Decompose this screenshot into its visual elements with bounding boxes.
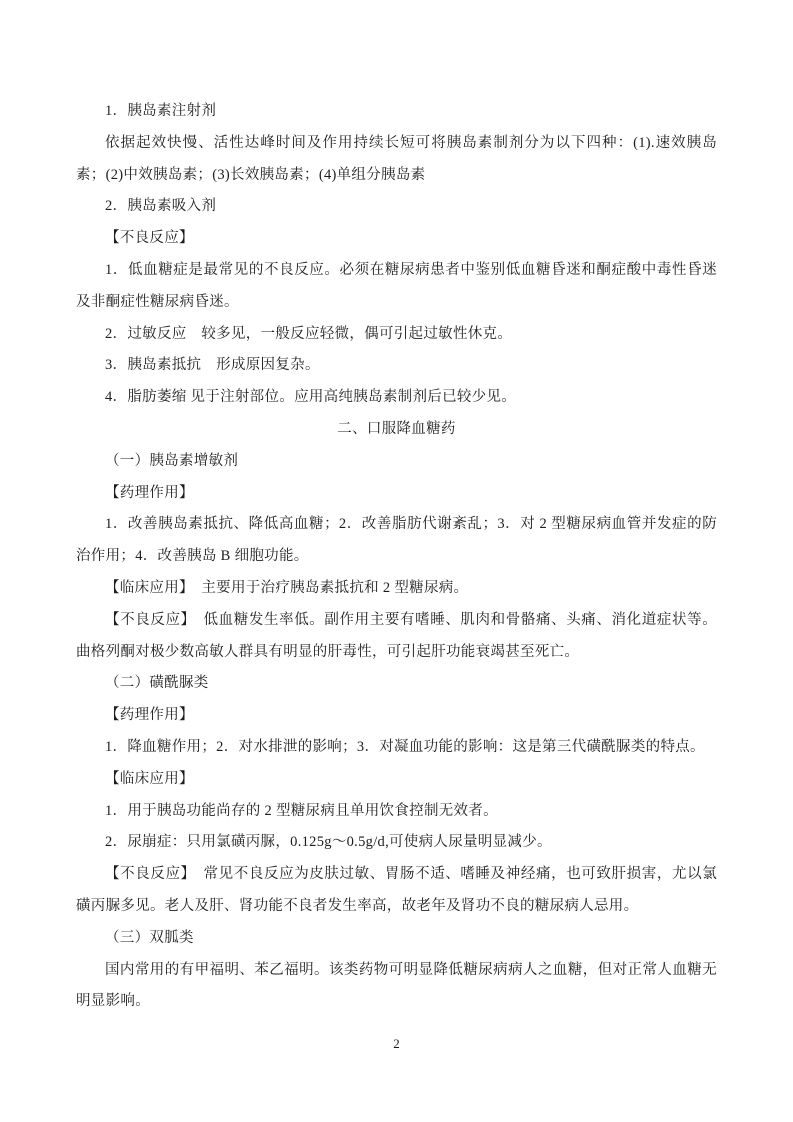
paragraph: 3．胰岛素抵抗 形成原因复杂。	[76, 350, 717, 382]
paragraph: 1．胰岛素注射剂	[76, 96, 717, 128]
paragraph: （三）双胍类	[76, 923, 717, 955]
paragraph: 【临床应用】 主要用于治疗胰岛素抵抗和 2 型糖尿病。	[76, 573, 717, 605]
paragraph: 依据起效快慢、活性达峰时间及作用持续长短可将胰岛素制剂分为以下四种：(1).速效…	[76, 128, 717, 192]
document-text-column: 1．胰岛素注射剂 依据起效快慢、活性达峰时间及作用持续长短可将胰岛素制剂分为以下…	[76, 96, 717, 1018]
paragraph: 【不良反应】 常见不良反应为皮肤过敏、胃肠不适、嗜睡及神经痛，也可致肝损害，尤以…	[76, 859, 717, 923]
paragraph: 【临床应用】	[76, 764, 717, 796]
page-number: 2	[0, 1034, 793, 1054]
paragraph: （二）磺酰脲类	[76, 668, 717, 700]
paragraph: 【不良反应】 低血糖发生率低。副作用主要有嗜睡、肌肉和骨骼痛、头痛、消化道症状等…	[76, 605, 717, 669]
paragraph: （一）胰岛素增敏剂	[76, 446, 717, 478]
paragraph: 2．尿崩症：只用氯磺丙脲，0.125g～0.5g/d,可使病人尿量明显减少。	[76, 827, 717, 859]
paragraph: 【药理作用】	[76, 478, 717, 510]
paragraph: 【药理作用】	[76, 700, 717, 732]
document-page: 1．胰岛素注射剂 依据起效快慢、活性达峰时间及作用持续长短可将胰岛素制剂分为以下…	[0, 0, 793, 1122]
paragraph: 国内常用的有甲福明、苯乙福明。该类药物可明显降低糖尿病病人之血糖，但对正常人血糖…	[76, 955, 717, 1019]
paragraph: 【不良反应】	[76, 223, 717, 255]
paragraph: 1．改善胰岛素抵抗、降低高血糖；2．改善脂肪代谢紊乱；3．对 2 型糖尿病血管并…	[76, 509, 717, 573]
paragraph: 1．低血糖症是最常见的不良反应。必须在糖尿病患者中鉴别低血糖昏迷和酮症酸中毒性昏…	[76, 255, 717, 319]
section-heading: 二、口服降血糖药	[76, 414, 717, 446]
paragraph: 2．过敏反应 较多见，一般反应轻微，偶可引起过敏性休克。	[76, 319, 717, 351]
paragraph: 1．用于胰岛功能尚存的 2 型糖尿病且单用饮食控制无效者。	[76, 796, 717, 828]
paragraph: 1．降血糖作用；2．对水排泄的影响；3．对凝血功能的影响：这是第三代磺酰脲类的特…	[76, 732, 717, 764]
paragraph: 4．脂肪萎缩 见于注射部位。应用高纯胰岛素制剂后已较少见。	[76, 382, 717, 414]
paragraph: 2．胰岛素吸入剂	[76, 191, 717, 223]
